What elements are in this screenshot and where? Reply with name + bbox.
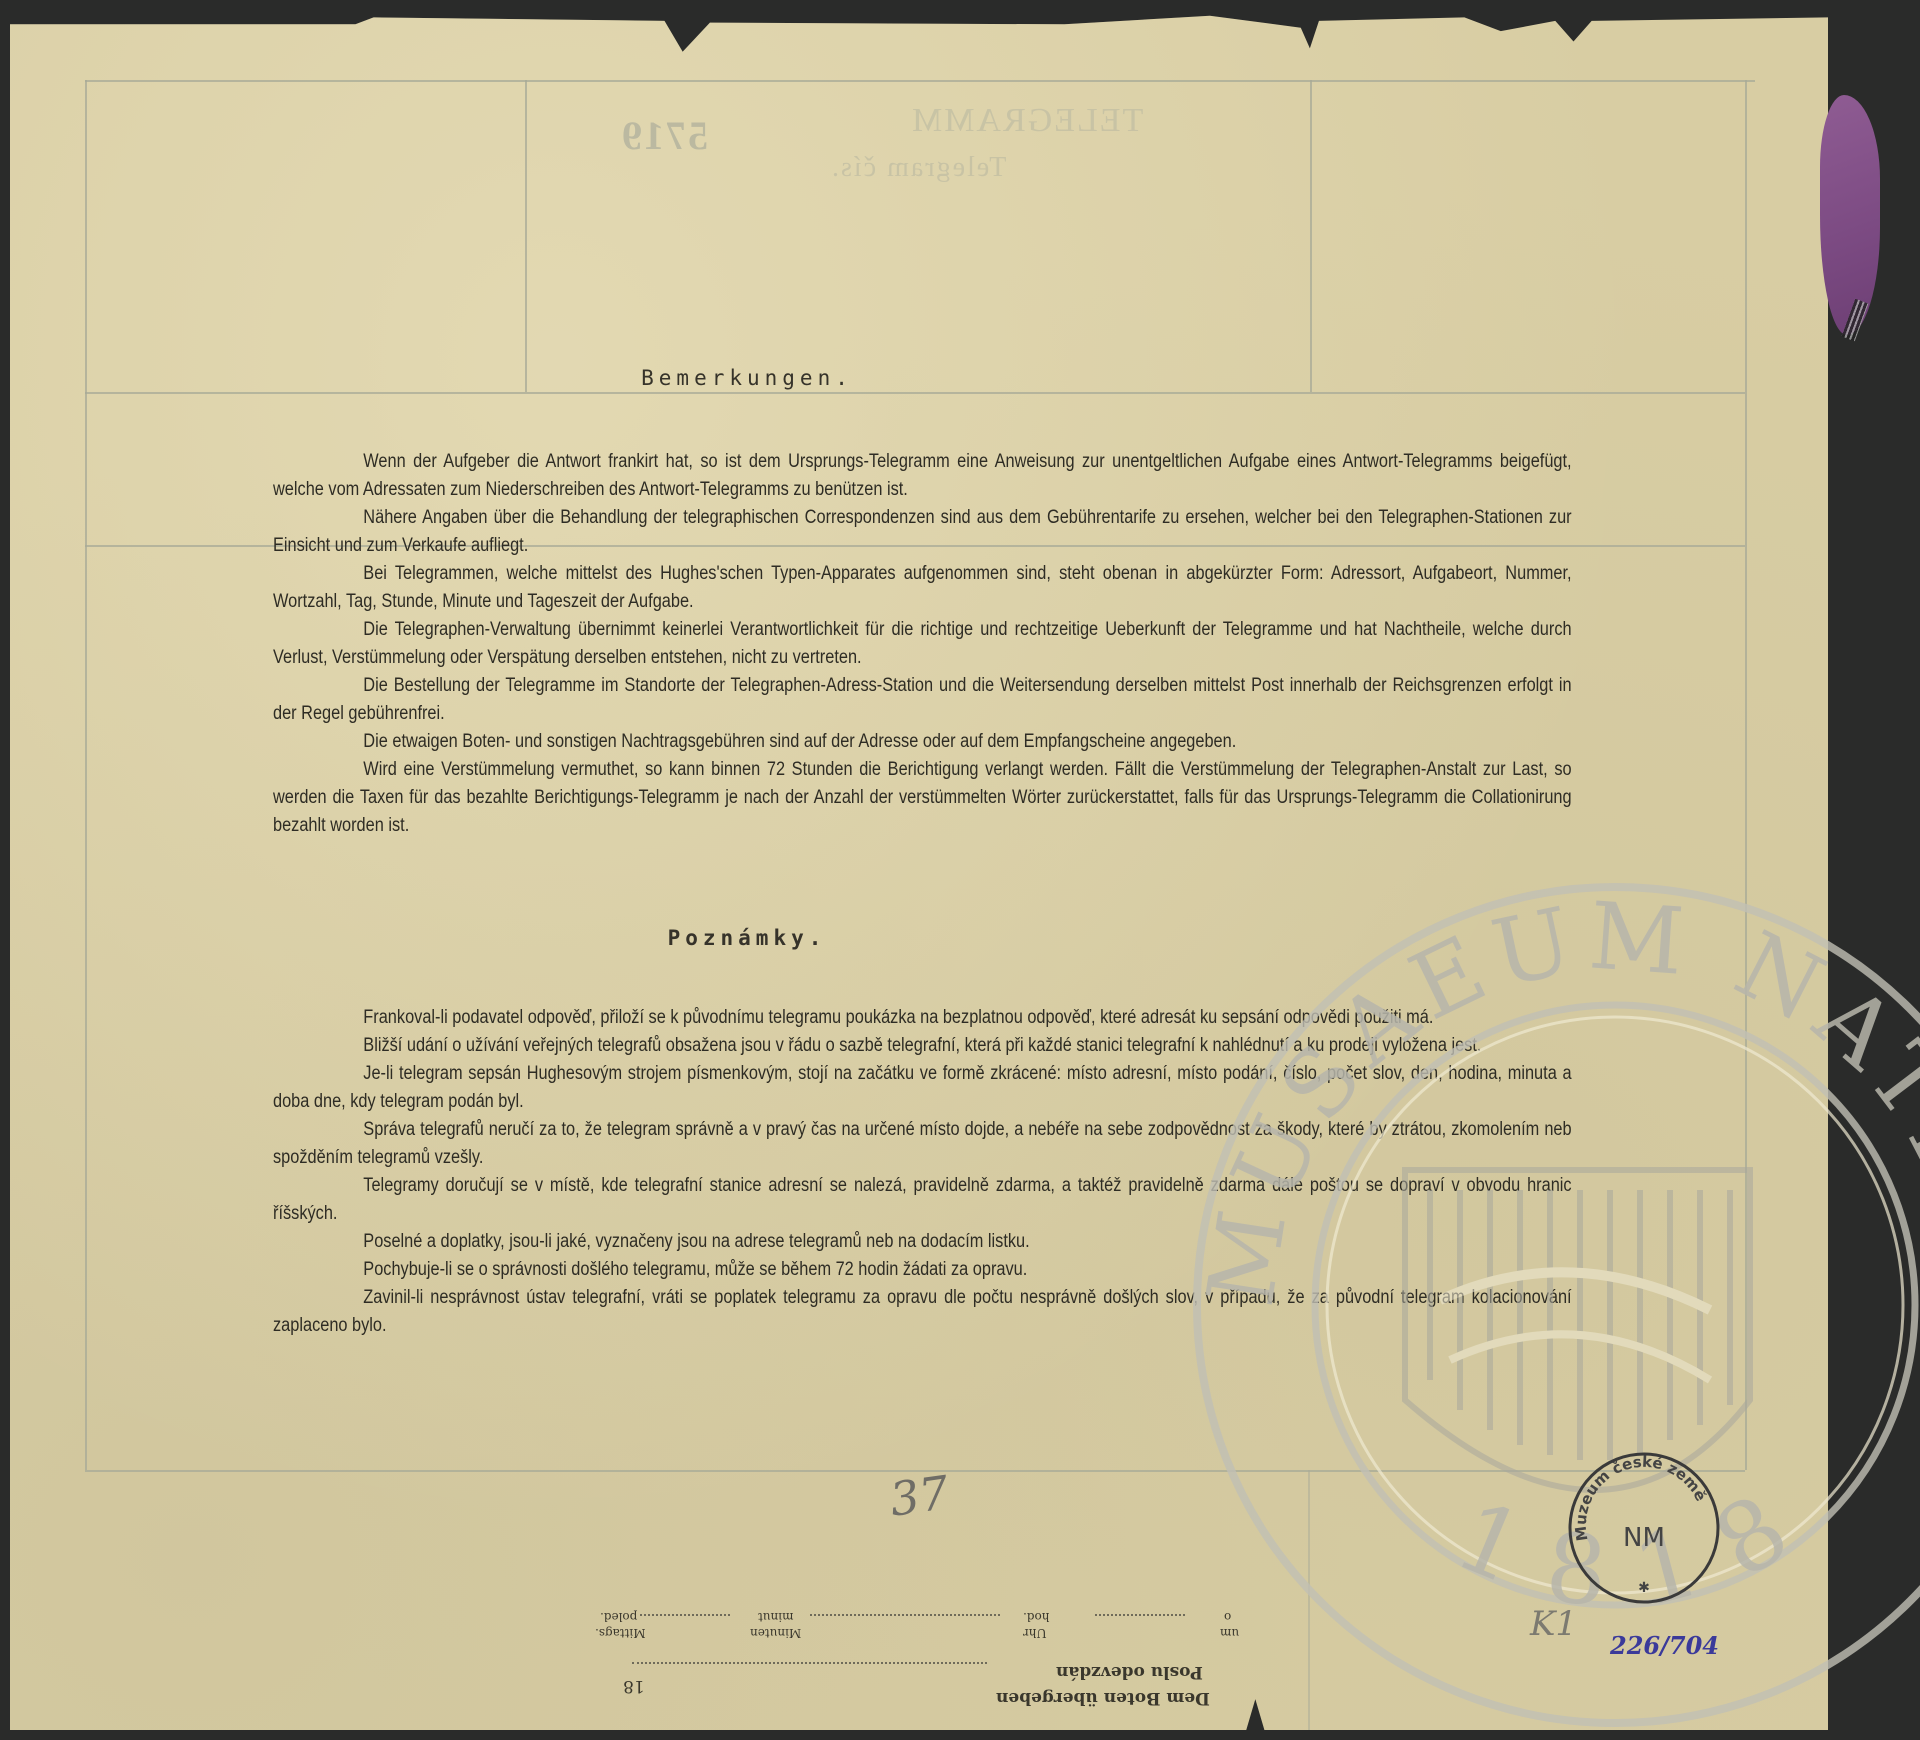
german-paragraph: Wenn der Aufgeber die Antwort frankirt h… — [273, 448, 1572, 504]
svg-text:✱: ✱ — [1638, 1581, 1650, 1596]
pencil-mark: K1 — [1530, 1604, 1577, 1644]
czech-paragraph: Telegramy doručují se v místě, kde teleg… — [273, 1172, 1572, 1228]
czech-notes: Frankoval-li podavatel odpověď, přiloží … — [273, 1004, 1572, 1340]
ghost-number: 5719 — [620, 112, 708, 159]
czech-heading: Poznámky. — [0, 926, 1656, 950]
form-frame-right — [1745, 80, 1747, 1470]
delivery-label-cs: Poslu odevzdán — [1056, 1662, 1203, 1682]
czech-paragraph: Frankoval-li podavatel odpověď, přiloží … — [273, 1004, 1572, 1032]
czech-paragraph: Poselné a doplatky, jsou-li jaké, vyznač… — [273, 1228, 1572, 1256]
form-divider-c — [1308, 1470, 1310, 1730]
german-paragraph: Nähere Angaben über die Behandlung der t… — [273, 504, 1572, 560]
german-notes: Wenn der Aufgeber die Antwort frankirt h… — [273, 448, 1572, 840]
time-minute-line — [810, 1614, 1000, 1616]
form-frame-left — [85, 80, 87, 1470]
time-label-mittags: Mittags. — [595, 1626, 646, 1640]
time-label-hod: hod. — [1023, 1610, 1049, 1624]
purple-paper-tab — [1820, 95, 1880, 335]
inventory-number: 226/704 — [1610, 1631, 1719, 1660]
time-label-um: um — [1220, 1626, 1239, 1640]
ghost-title: TELEGRAMM — [910, 102, 1143, 140]
german-paragraph: Wird eine Verstümmelung vermuthet, so ka… — [273, 756, 1572, 840]
time-label-uhr: Uhr — [1023, 1626, 1047, 1640]
czech-paragraph: Je-li telegram sepsán Hughesovým strojem… — [273, 1060, 1572, 1116]
time-label-minut: minut — [758, 1610, 794, 1624]
time-noon-line — [640, 1614, 730, 1616]
handwritten-page-number: 37 — [887, 1465, 952, 1527]
form-divider-a — [525, 80, 527, 392]
form-divider-b — [1310, 80, 1312, 392]
time-label-poled: poled. — [600, 1610, 637, 1624]
museum-stamp: Muzeum české země NM ✱ — [1564, 1448, 1724, 1608]
delivery-label-de: Dem Boten übergeben — [996, 1688, 1210, 1708]
delivery-year-prefix: 18 — [623, 1676, 645, 1696]
czech-paragraph: Zavinil-li nesprávnost ústav telegrafní,… — [273, 1284, 1572, 1340]
german-paragraph: Bei Telegrammen, welche mittelst des Hug… — [273, 560, 1572, 616]
time-label-o: o — [1224, 1610, 1231, 1624]
time-label-minuten: Minuten — [750, 1626, 801, 1640]
delivery-date-line — [632, 1662, 987, 1664]
time-hour-line — [1095, 1614, 1185, 1616]
form-frame-top — [85, 80, 1755, 82]
czech-paragraph: Správa telegrafů neručí za to, že telegr… — [273, 1116, 1572, 1172]
czech-paragraph: Pochybuje-li se o správnosti došlého tel… — [273, 1256, 1572, 1284]
ghost-subtitle: Telegram čís. — [830, 152, 1006, 184]
telegram-sheet: TELEGRAMM 5719 Telegram čís. Bemerkungen… — [10, 14, 1828, 1730]
stamp-center-text: NM — [1623, 1523, 1665, 1553]
german-paragraph: Die Telegraphen-Verwaltung übernimmt kei… — [273, 616, 1572, 672]
german-paragraph: Die etwaigen Boten- und sonstigen Nachtr… — [273, 728, 1572, 756]
german-heading: Bemerkungen. — [0, 366, 1656, 390]
czech-paragraph: Bližší udání o užívání veřejných telegra… — [273, 1032, 1572, 1060]
german-paragraph: Die Bestellung der Telegramme im Standor… — [273, 672, 1572, 728]
form-rule-1 — [85, 392, 1745, 394]
